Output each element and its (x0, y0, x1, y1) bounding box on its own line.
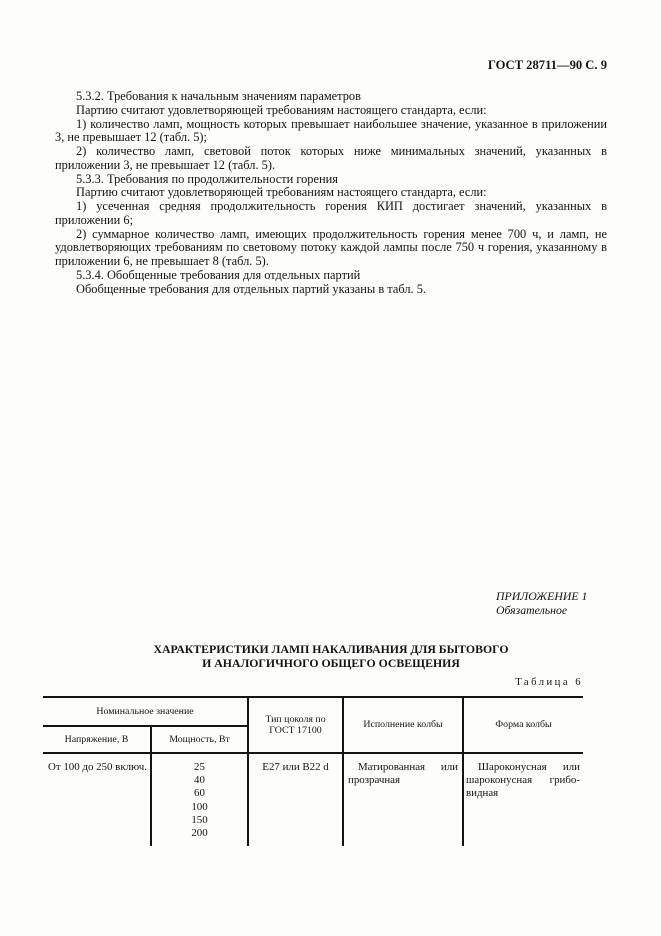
th-nominal-value-group: Номинальное значение (43, 697, 248, 726)
power-value: 40 (152, 774, 247, 787)
paragraph: 5.3.4. Обобщенные требования для отдельн… (55, 269, 607, 283)
power-value: 25 (152, 761, 247, 774)
section-title-line2: И АНАЛОГИЧНОГО ОБЩЕГО ОСВЕЩЕНИЯ (55, 657, 607, 671)
power-value: 150 (152, 814, 247, 827)
th-bulb-finish: Исполнение колбы (343, 697, 463, 753)
section-title: ХАРАКТЕРИСТИКИ ЛАМП НАКАЛИВАНИЯ ДЛЯ БЫТО… (55, 643, 607, 670)
power-value: 100 (152, 801, 247, 814)
paragraph: Обобщенные требования для отдельных парт… (55, 283, 607, 297)
table-caption: Таблица 6 (43, 677, 583, 688)
power-value: 60 (152, 787, 247, 800)
appendix-label: ПРИЛОЖЕНИЕ 1 (496, 590, 587, 604)
cell-cap-type: Е27 или В22 d (248, 753, 343, 846)
document-page: ГОСТ 28711—90 С. 9 5.3.2. Требования к н… (0, 0, 661, 936)
appendix-sublabel: Обязательное (496, 604, 587, 618)
paragraph: Партию считают удовлетворяющей требовани… (55, 186, 607, 200)
paragraph: 2) суммарное количество ламп, имеющих пр… (55, 228, 607, 269)
paragraph: 5.3.2. Требования к начальным значениям … (55, 90, 607, 104)
table-row: От 100 до 250 включ. 254060100150200 Е27… (43, 753, 583, 846)
paragraph: Партию считают удовлетворяющей требовани… (55, 104, 607, 118)
section-title-line1: ХАРАКТЕРИСТИКИ ЛАМП НАКАЛИВАНИЯ ДЛЯ БЫТО… (55, 643, 607, 657)
th-cap-type: Тип цоколя по ГОСТ 17100 (248, 697, 343, 753)
page-header-standard-number: ГОСТ 28711—90 С. 9 (55, 58, 607, 73)
paragraph: 1) количество ламп, мощность которых пре… (55, 118, 607, 146)
paragraph: 2) количество ламп, световой поток котор… (55, 145, 607, 173)
appendix-block: ПРИЛОЖЕНИЕ 1 Обязательное (496, 590, 587, 617)
paragraph: 5.3.3. Требования по продолжительности г… (55, 173, 607, 187)
th-voltage: Напряжение, В (43, 726, 151, 753)
power-value: 200 (152, 827, 247, 840)
paragraph: 1) усеченная средняя продолжительность г… (55, 200, 607, 228)
th-power: Мощность, Вт (151, 726, 248, 753)
cell-bulb-shape: Шароконусная или шароконусная грибо­видн… (463, 753, 583, 846)
cell-power-values: 254060100150200 (151, 753, 248, 846)
cell-voltage-range: От 100 до 250 включ. (43, 753, 151, 846)
lamp-characteristics-table: Номинальное значение Тип цоколя по ГОСТ … (43, 696, 583, 846)
cell-bulb-finish: Матированная или прозрачная (343, 753, 463, 846)
body-text-block: 5.3.2. Требования к начальным значениям … (55, 90, 607, 296)
th-bulb-shape: Форма колбы (463, 697, 583, 753)
